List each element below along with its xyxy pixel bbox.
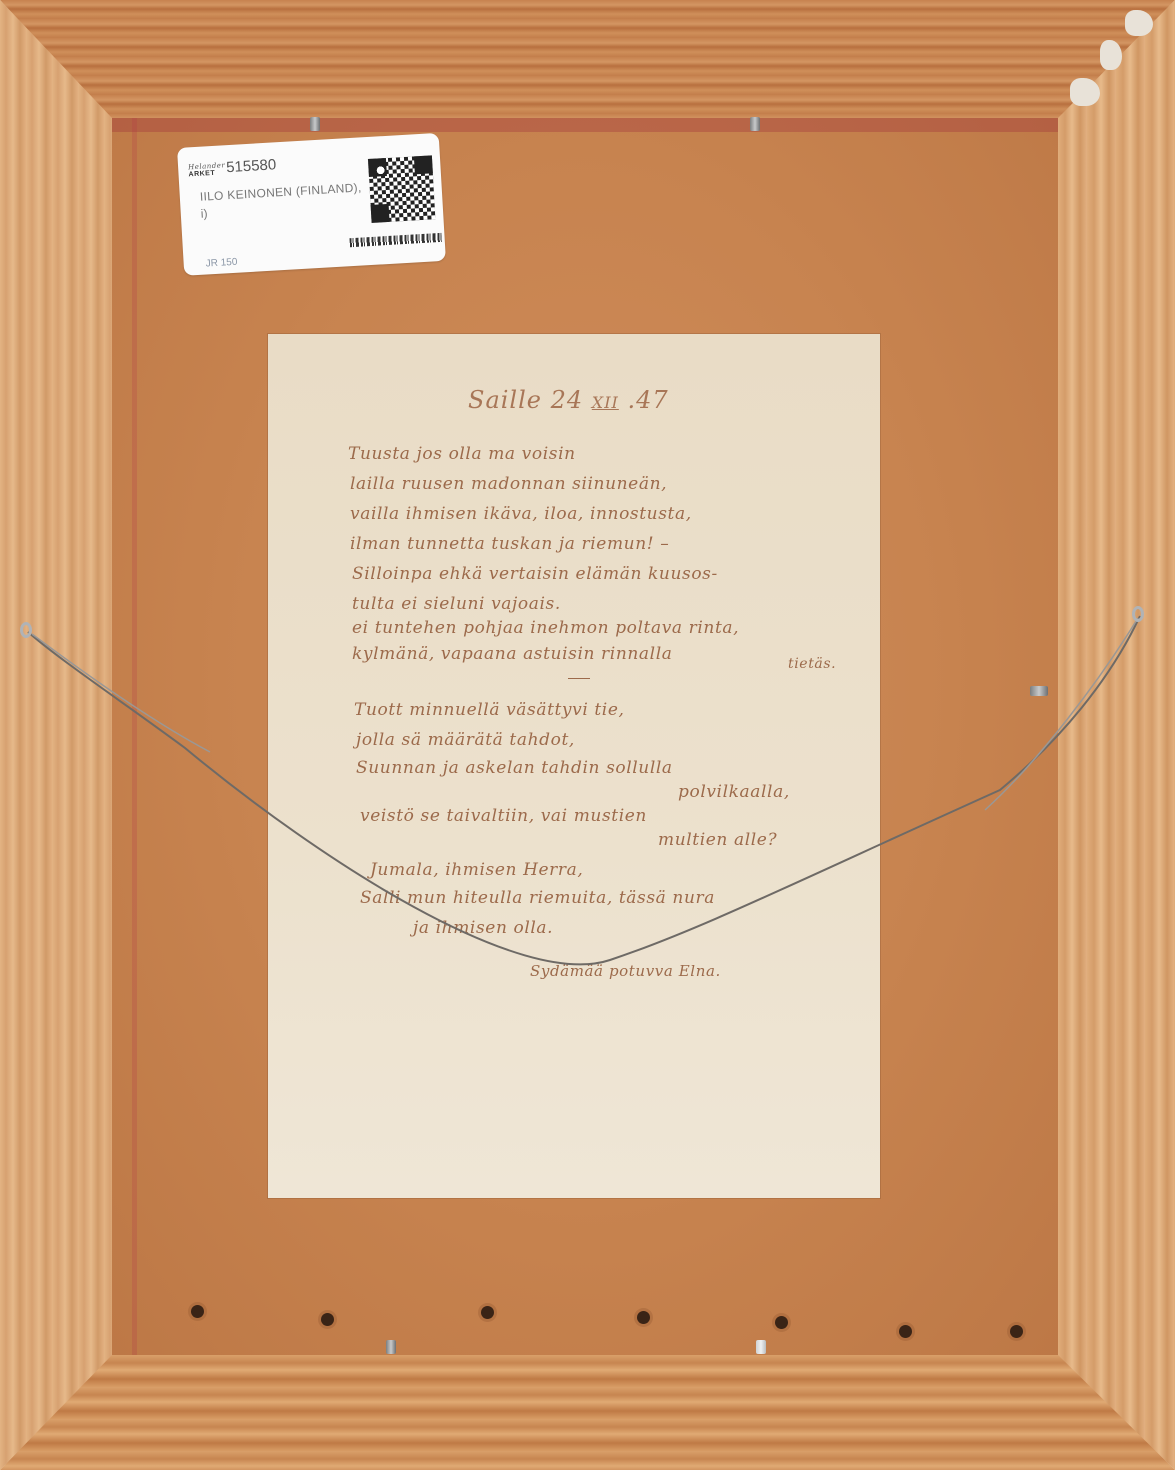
signature: Sydämää potuvva Elna. [530,962,721,980]
plaster-chip [1070,78,1100,106]
poem-line: ja ihmisen olla. [413,918,553,938]
artist-name: IILO KEINONEN (FINLAND), [199,180,361,203]
frame-rail-right [1058,0,1175,1470]
board-hole [191,1305,204,1318]
eyelet-screw-right [1132,606,1144,622]
eyelet-screw-left [20,622,32,638]
artist-line-2: i) [200,206,207,220]
poem-line: Suunnan ja askelan tahdin sollulla [356,758,673,778]
frame-nail [750,117,760,131]
heading-text: Saille 24 [468,386,583,414]
board-red-line [132,118,137,1355]
handwritten-letter: Saille 24 XII .47 Tuusta jos olla ma voi… [268,334,880,1198]
qr-code-icon [368,155,436,223]
poem-line: Tuott minnuellä väsättyvi tie, [354,700,625,720]
frame-rail-top [0,0,1175,120]
stanza-separator [568,678,590,679]
poem-line: kylmänä, vapaana astuisin rinnalla [352,644,672,664]
plaster-chip [1100,40,1122,70]
poem-line: veistö se taivaltiin, vai mustien [360,806,647,826]
frame-rail-left [0,0,112,1470]
logo-text: ARKET [188,169,226,179]
frame-nail [386,1340,396,1354]
board-hole [775,1316,788,1329]
poem-line: ei tuntehen pohjaa inehmon poltava rinta… [352,618,739,638]
poem-line: lailla ruusen madonnan siinuneän, [350,474,667,494]
poem-line: vailla ihmisen ikäva, iloa, innostusta, [350,504,692,524]
board-hole [481,1306,494,1319]
poem-line: Tuusta jos olla ma voisin [348,444,576,464]
lot-number: 515580 [226,156,277,176]
plaster-chip [1125,10,1153,36]
poem-line: Silloinpa ehkä vertaisin elämän kuusos- [352,564,718,584]
poem-line: Salli mun hiteulla riemuita, tässä nura [360,888,715,908]
frame-rail-bottom [0,1355,1175,1470]
frame-nail [310,117,320,131]
inventory-code: JR 150 [205,257,237,270]
heading-year: .47 [627,386,668,414]
barcode-icon [349,233,441,247]
board-hole [321,1313,334,1326]
board-hole [637,1311,650,1324]
frame-nail [756,1340,766,1354]
poem-line: tulta ei sieluni vajoais. [352,594,561,614]
board-hole [1010,1325,1023,1338]
poem-line: multien alle? [658,830,777,850]
poem: Saille 24 XII .47 Tuusta jos olla ma voi… [268,334,880,1198]
poem-line: jolla sä määrätä tahdot, [356,730,575,750]
poem-line: Jumala, ihmisen Herra, [370,860,583,880]
poem-line: tietäs. [788,656,836,672]
board-edge-stain [112,118,1058,132]
heading-month: XII [592,393,619,412]
board-hole [899,1325,912,1338]
poem-line: polvilkaalla, [678,782,790,802]
letter-heading: Saille 24 XII .47 [468,386,669,414]
auction-label: Helander ARKET 515580 IILO KEINONEN (FIN… [177,133,446,276]
auction-logo: Helander ARKET [188,161,226,179]
frame-nail [1030,686,1048,696]
poem-line: ilman tunnetta tuskan ja riemun! – [350,534,669,554]
